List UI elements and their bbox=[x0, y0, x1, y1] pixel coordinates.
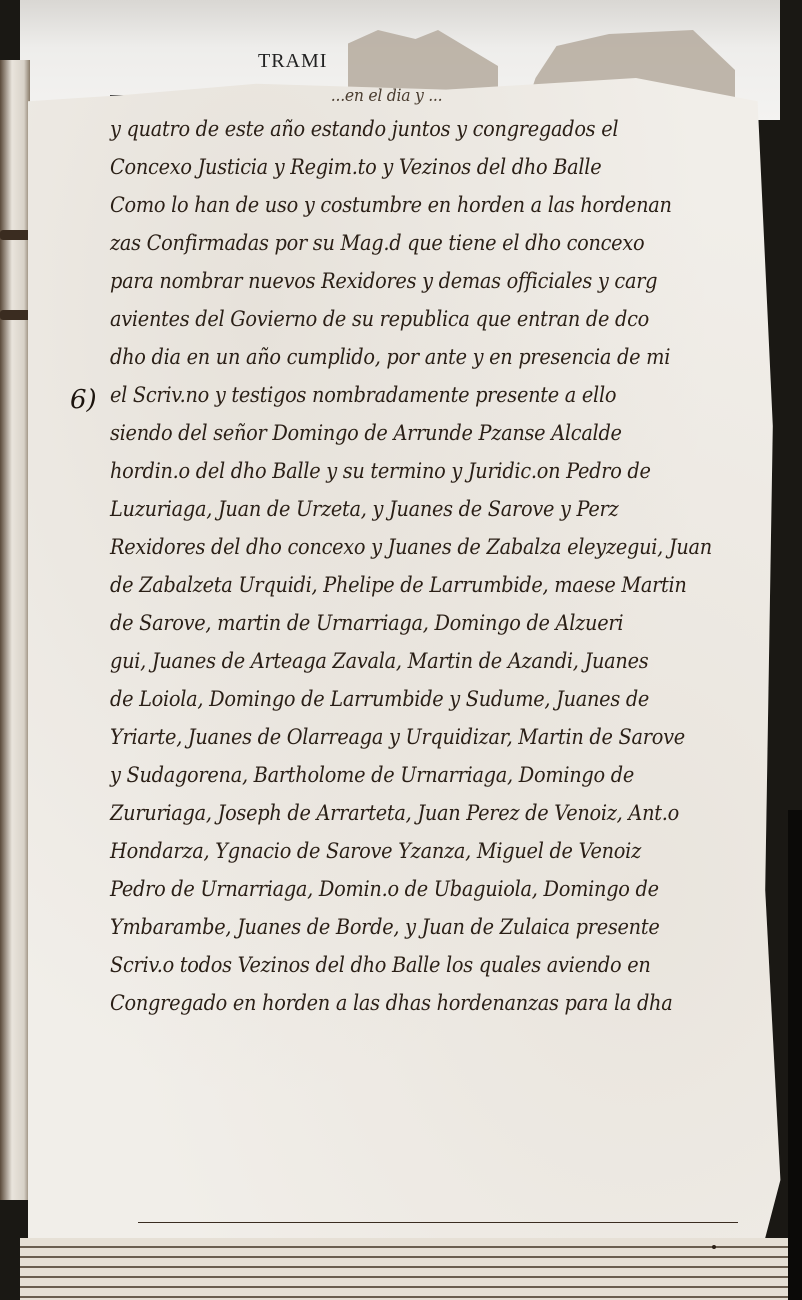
ink-spot bbox=[712, 1245, 716, 1249]
manuscript-line: Luzuriaga, Juan de Urzeta, y Juanes de S… bbox=[110, 490, 736, 528]
manuscript-line: dho dia en un año cumplido, por ante y e… bbox=[110, 338, 736, 376]
manuscript-line: Congregado en horden a las dhas hordenan… bbox=[110, 984, 736, 1022]
manuscript-line: siendo del señor Domingo de Arrunde Pzan… bbox=[110, 414, 736, 452]
book-spine bbox=[0, 60, 30, 1200]
manuscript-line: Concexo Justicia y Regim.to y Vezinos de… bbox=[110, 148, 736, 186]
manuscript-line: Hondarza, Ygnacio de Sarove Yzanza, Migu… bbox=[110, 832, 736, 870]
manuscript-line: zas Confirmadas por su Mag.d que tiene e… bbox=[110, 224, 736, 262]
manuscript-line: Como lo han de uso y costumbre en horden… bbox=[110, 186, 736, 224]
manuscript-line: Zururiaga, Joseph de Arrarteta, Juan Per… bbox=[110, 794, 736, 832]
manuscript-line: de Sarove, martin de Urnarriaga, Domingo… bbox=[110, 604, 736, 642]
manuscript-line: avientes del Govierno de su republica qu… bbox=[110, 300, 736, 338]
manuscript-line: y quatro de este año estando juntos y co… bbox=[110, 110, 736, 148]
manuscript-line: Yriarte, Juanes de Olarreaga y Urquidiza… bbox=[110, 718, 736, 756]
manuscript-line: de Loiola, Domingo de Larrumbide y Sudum… bbox=[110, 680, 736, 718]
manuscript-line: Ymbarambe, Juanes de Borde, y Juan de Zu… bbox=[110, 908, 736, 946]
manuscript-line: ...en el dia y ... bbox=[110, 82, 736, 110]
dark-background bbox=[788, 810, 802, 1300]
manuscript-line: para nombrar nuevos Rexidores y demas of… bbox=[110, 262, 736, 300]
manuscript-line: gui, Juanes de Arteaga Zavala, Martin de… bbox=[110, 642, 736, 680]
manuscript-line: Pedro de Urnarriaga, Domin.o de Ubaguiol… bbox=[110, 870, 736, 908]
page-stack-edges bbox=[20, 1238, 802, 1300]
folio-number: 6) bbox=[70, 385, 97, 415]
manuscript-line: el Scriv.no y testigos nombradamente pre… bbox=[110, 376, 736, 414]
printed-header: TRAMI bbox=[258, 50, 327, 73]
manuscript-line: Rexidores del dho concexo y Juanes de Za… bbox=[110, 528, 736, 566]
manuscript-line: de Zabalzeta Urquidi, Phelipe de Larrumb… bbox=[110, 566, 736, 604]
closing-rule bbox=[138, 1222, 738, 1223]
manuscript-line: hordin.o del dho Balle y su termino y Ju… bbox=[110, 452, 736, 490]
manuscript-line: y Sudagorena, Bartholome de Urnarriaga, … bbox=[110, 756, 736, 794]
manuscript-text: ...en el dia y ... y quatro de este año … bbox=[110, 82, 790, 1022]
manuscript-line: Scriv.o todos Vezinos del dho Balle los … bbox=[110, 946, 736, 984]
